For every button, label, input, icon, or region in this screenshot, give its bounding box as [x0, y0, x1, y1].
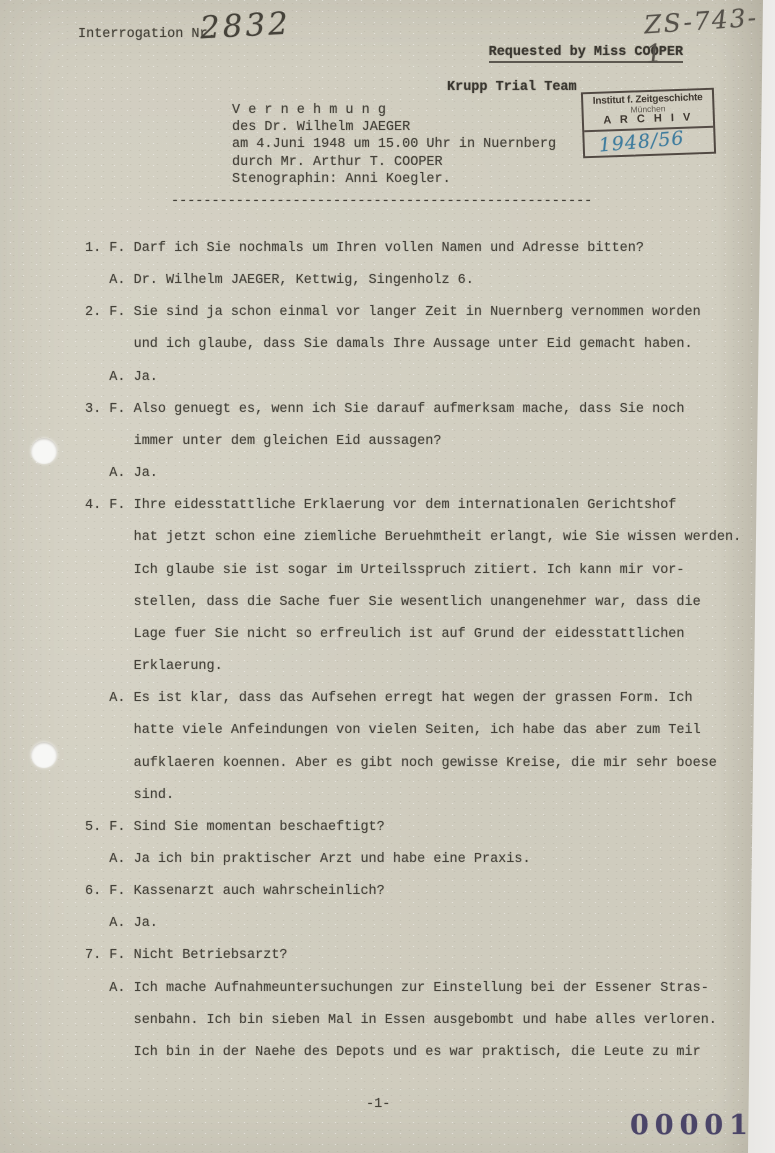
- archive-reference-handwritten: ZS-743-1: [643, 2, 775, 69]
- transcript-line: A. Dr. Wilhelm JAEGER, Kettwig, Singenho…: [85, 265, 741, 297]
- transcript-line: Erklaerung.: [85, 651, 741, 683]
- transcript-line: sind.: [85, 780, 741, 812]
- document-number-stamp: 00001: [630, 1110, 754, 1141]
- transcript-line: 1. F. Darf ich Sie nochmals um Ihren vol…: [85, 233, 741, 265]
- archive-stamp-number-box: 1948/56: [584, 128, 714, 156]
- hole-punch-top: [31, 438, 57, 464]
- transcript-line: Ich glaube sie ist sogar im Urteilsspruc…: [85, 555, 741, 587]
- document-title: V e r n e h m u n g: [232, 102, 556, 119]
- transcript-line: und ich glaube, dass Sie damals Ihre Aus…: [85, 329, 741, 361]
- stamp-number-handwritten: 1948/56: [584, 127, 685, 158]
- transcript-line: 7. F. Nicht Betriebsarzt?: [85, 940, 741, 972]
- header-interrogator: durch Mr. Arthur T. COOPER: [232, 154, 556, 171]
- transcript-line: 4. F. Ihre eidesstattliche Erklaerung vo…: [85, 490, 741, 522]
- archive-stamp-header: Institut f. Zeitgeschichte München A R C…: [583, 90, 713, 132]
- document-scan: Interrogation Nr. 2832 Requested by Miss…: [0, 0, 775, 1153]
- transcript-line: hat jetzt schon eine ziemliche Beruehmth…: [85, 522, 741, 554]
- transcript-line: 5. F. Sind Sie momentan beschaeftigt?: [85, 812, 741, 844]
- archive-stamp: Institut f. Zeitgeschichte München A R C…: [581, 88, 716, 159]
- transcript-line: A. Ich mache Aufnahmeuntersuchungen zur …: [85, 973, 741, 1005]
- transcript-line: A. Es ist klar, dass das Aufsehen erregt…: [85, 683, 741, 715]
- transcript-line: aufklaeren koennen. Aber es gibt noch ge…: [85, 748, 741, 780]
- transcript-line: A. Ja ich bin praktischer Arzt und habe …: [85, 844, 741, 876]
- divider-line: ----------------------------------------…: [171, 194, 592, 209]
- transcript-line: immer unter dem gleichen Eid aussagen?: [85, 426, 741, 458]
- transcript-line: 2. F. Sie sind ja schon einmal vor lange…: [85, 297, 741, 329]
- transcript-line: senbahn. Ich bin sieben Mal in Essen aus…: [85, 1005, 741, 1037]
- transcript-line: 3. F. Also genuegt es, wenn ich Sie dara…: [85, 394, 741, 426]
- interrogation-number-handwritten: 2832: [199, 6, 292, 47]
- header-subject: des Dr. Wilhelm JAEGER: [232, 119, 556, 136]
- interrogation-label: Interrogation Nr.: [78, 27, 216, 42]
- hole-punch-bottom: [31, 742, 57, 768]
- header-stenographer: Stenographin: Anni Koegler.: [232, 171, 556, 188]
- page-number: -1-: [366, 1097, 390, 1112]
- transcript-line: A. Ja.: [85, 362, 741, 394]
- transcript: 1. F. Darf ich Sie nochmals um Ihren vol…: [85, 233, 741, 1069]
- transcript-line: A. Ja.: [85, 458, 741, 490]
- transcript-line: Ich bin in der Naehe des Depots und es w…: [85, 1037, 741, 1069]
- transcript-line: Lage fuer Sie nicht so erfreulich ist au…: [85, 619, 741, 651]
- transcript-line: stellen, dass die Sache fuer Sie wesentl…: [85, 587, 741, 619]
- transcript-line: 6. F. Kassenarzt auch wahrscheinlich?: [85, 876, 741, 908]
- interrogation-header: V e r n e h m u n g des Dr. Wilhelm JAEG…: [232, 102, 556, 188]
- transcript-line: hatte viele Anfeindungen von vielen Seit…: [85, 715, 741, 747]
- transcript-line: A. Ja.: [85, 908, 741, 940]
- header-datetime: am 4.Juni 1948 um 15.00 Uhr in Nuernberg: [232, 136, 556, 153]
- paper-sheet: Interrogation Nr. 2832 Requested by Miss…: [0, 0, 775, 1153]
